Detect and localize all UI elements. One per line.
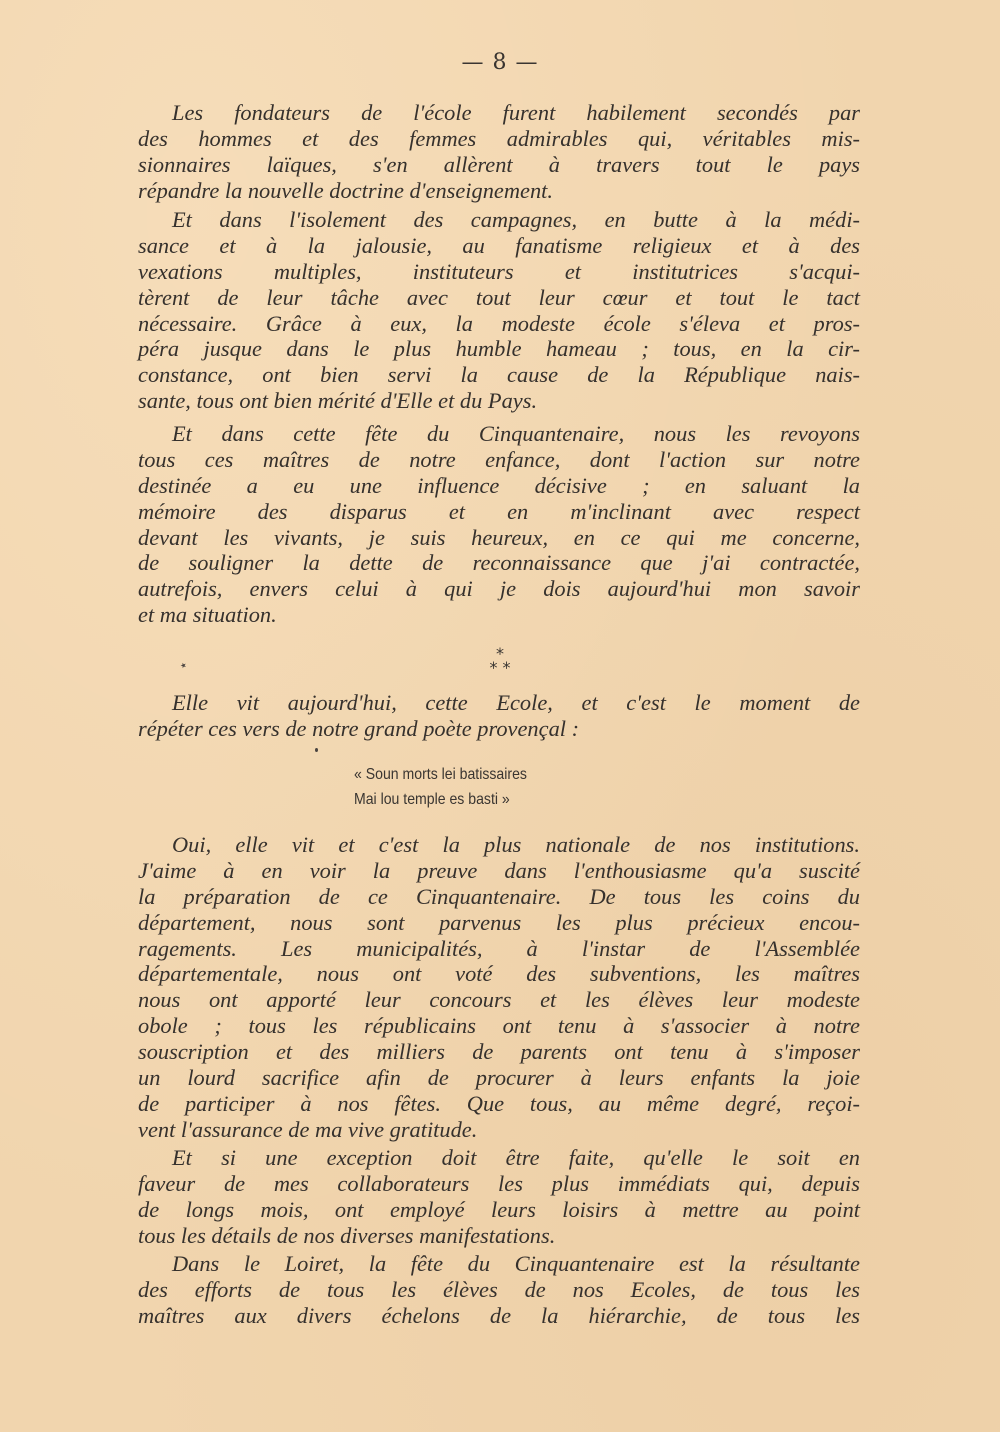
text-line: tous les détails de nos diverses manifes… (138, 1223, 860, 1249)
text-line: souscription et des milliers de parents … (138, 1039, 860, 1065)
verse-line: « Soun morts lei batissaires (354, 762, 527, 787)
text-line: de souligner la dette de reconnaissance … (138, 550, 860, 576)
paragraph-3: Et dans cette fête du Cinquantenaire, no… (138, 421, 860, 628)
text-line: Elle vit aujourd'hui, cette Ecole, et c'… (138, 690, 860, 716)
paragraph-5: Oui, elle vit et c'est la plus nationale… (138, 832, 860, 1143)
text-line: de longs mois, ont employé leurs loisirs… (138, 1197, 860, 1223)
document-page: — 8 — Les fondateurs de l'école furent h… (0, 0, 1000, 1432)
text-line: vexations multiples, instituteurs et ins… (138, 259, 860, 285)
text-line: Et si une exception doit être faite, qu'… (138, 1145, 860, 1171)
text-line: sionnaires laïques, s'en allèrent à trav… (138, 152, 860, 178)
text-line: Les fondateurs de l'école furent habilem… (138, 100, 860, 126)
text-line: nécessaire. Grâce à eux, la modeste écol… (138, 311, 860, 337)
verse-line: Mai lou temple es basti » (354, 787, 527, 812)
text-line: constance, ont bien servi la cause de la… (138, 362, 860, 388)
text-line: sante, tous ont bien mérité d'Elle et du… (138, 388, 860, 414)
text-line: sance et à la jalousie, au fanatisme rel… (138, 233, 860, 259)
text-line: destinée a eu une influence décisive ; e… (138, 473, 860, 499)
text-line: des hommes et des femmes admirables qui,… (138, 126, 860, 152)
text-line: tèrent de leur tâche avec tout leur cœur… (138, 285, 860, 311)
section-separator-asterism: * * * (0, 647, 1000, 675)
asterism-bottom: * * (0, 661, 1000, 675)
stray-ink-dot (315, 748, 318, 752)
text-line: vent l'assurance de ma vive gratitude. (138, 1117, 860, 1143)
text-line: des efforts de tous les élèves de nos Ec… (138, 1277, 860, 1303)
text-line: péra jusque dans le plus humble hameau ;… (138, 336, 860, 362)
text-line: devant les vivants, je suis heureux, en … (138, 525, 860, 551)
text-line: répéter ces vers de notre grand poète pr… (138, 716, 860, 742)
paragraph-4: Elle vit aujourd'hui, cette Ecole, et c'… (138, 690, 860, 742)
verse-quote: « Soun morts lei batissaires Mai lou tem… (354, 762, 527, 812)
text-line: la préparation de ce Cinquantenaire. De … (138, 884, 860, 910)
text-line: et ma situation. (138, 602, 860, 628)
text-line: tous ces maîtres de notre enfance, dont … (138, 447, 860, 473)
text-line: ragements. Les municipalités, à l'instar… (138, 936, 860, 962)
text-line: Oui, elle vit et c'est la plus nationale… (138, 832, 860, 858)
paragraph-7: Dans le Loiret, la fête du Cinquantenair… (138, 1251, 860, 1329)
paragraph-2: Et dans l'isolement des campagnes, en bu… (138, 207, 860, 414)
text-line: mémoire des disparus et en m'inclinant a… (138, 499, 860, 525)
text-line: répandre la nouvelle doctrine d'enseigne… (138, 178, 860, 204)
text-line: faveur de mes collaborateurs les plus im… (138, 1171, 860, 1197)
text-line: nous ont apporté leur concours et les él… (138, 987, 860, 1013)
text-line: autrefois, envers celui à qui je dois au… (138, 576, 860, 602)
text-line: obole ; tous les républicains ont tenu à… (138, 1013, 860, 1039)
text-line: Et dans l'isolement des campagnes, en bu… (138, 207, 860, 233)
page-number: — 8 — (0, 50, 1000, 75)
text-line: département, nous sont parvenus les plus… (138, 910, 860, 936)
paragraph-1: Les fondateurs de l'école furent habilem… (138, 100, 860, 204)
text-line: Dans le Loiret, la fête du Cinquantenair… (138, 1251, 860, 1277)
text-line: maîtres aux divers échelons de la hiérar… (138, 1303, 860, 1329)
text-line: départementale, nous ont voté des subven… (138, 961, 860, 987)
paragraph-6: Et si une exception doit être faite, qu'… (138, 1145, 860, 1249)
text-line: un lourd sacrifice afin de procurer à le… (138, 1065, 860, 1091)
text-line: Et dans cette fête du Cinquantenaire, no… (138, 421, 860, 447)
text-line: de participer à nos fêtes. Que tous, au … (138, 1091, 860, 1117)
text-line: J'aime à en voir la preuve dans l'enthou… (138, 858, 860, 884)
